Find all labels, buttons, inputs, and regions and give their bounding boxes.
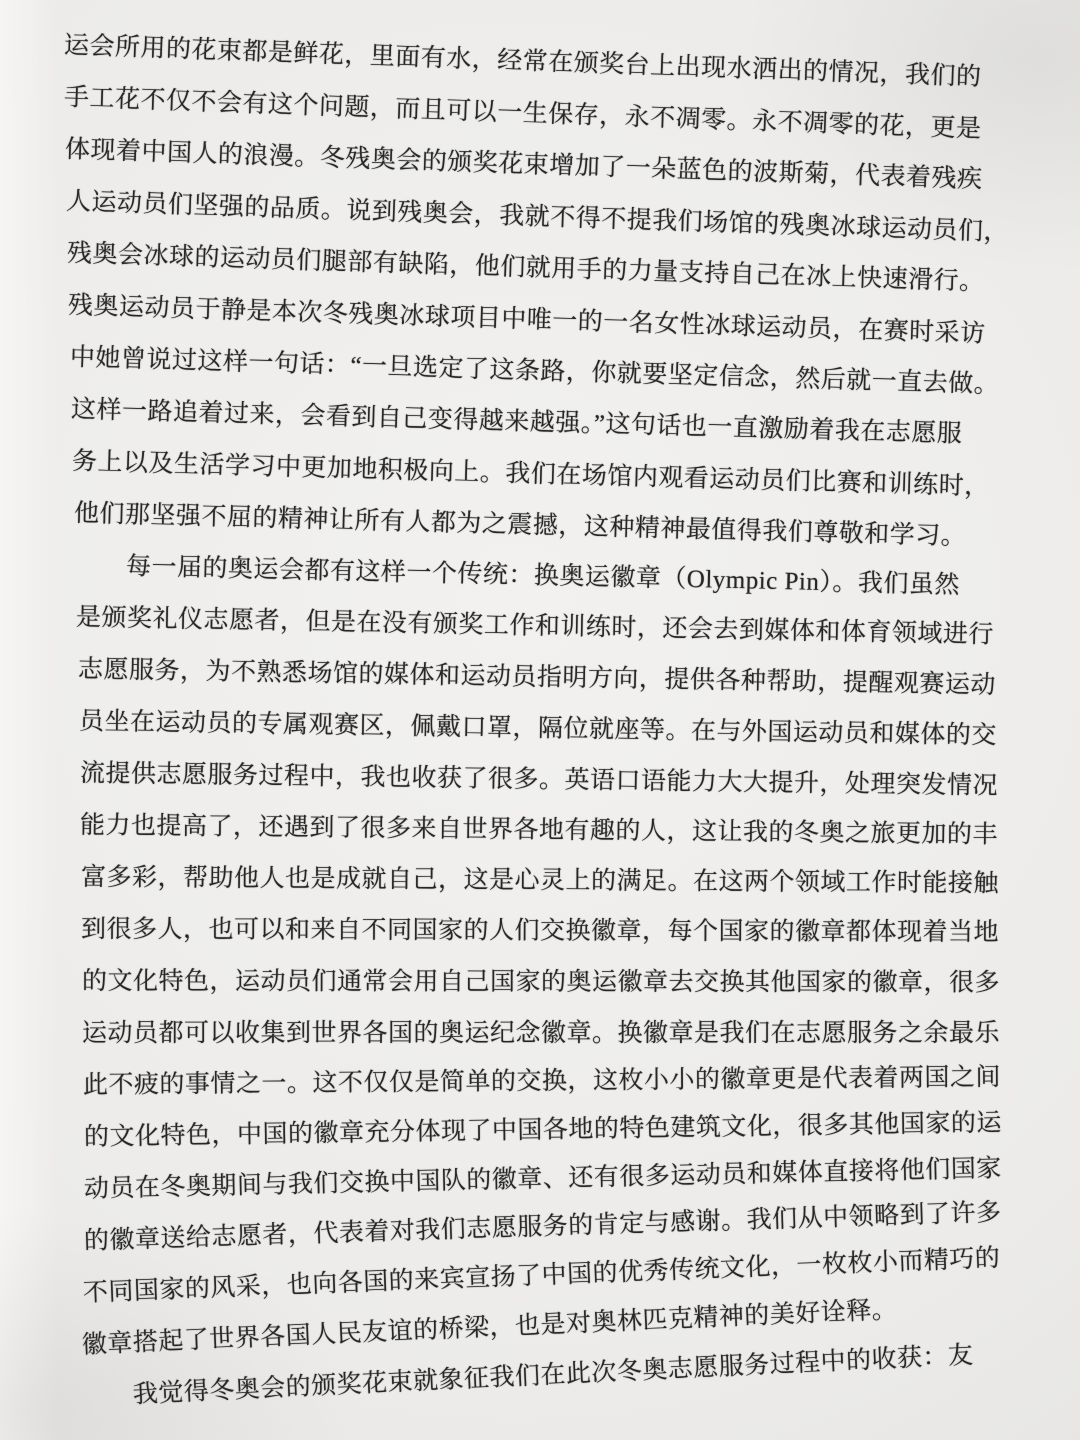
text-line: 的文化特色，运动员们通常会用自己国家的奥运徽章去交换其他国家的徽章，很多 (82, 956, 1044, 1010)
essay-text-block: 运会所用的花束都是鲜花，里面有水，经常在颁奖台上出现水洒出的情况，我们的 手工花… (64, 20, 1044, 1424)
scanned-document-page: 运会所用的花束都是鲜花，里面有水，经常在颁奖台上出现水洒出的情况，我们的 手工花… (0, 0, 1080, 1440)
text-line: 富多彩，帮助他人也是成就自己，这是心灵上的满足。在这两个领域工作时能接触 (81, 852, 1044, 911)
text-line: 到很多人，也可以和来自不同国家的人们交换徽章，每个国家的徽章都体现着当地 (81, 904, 1044, 959)
